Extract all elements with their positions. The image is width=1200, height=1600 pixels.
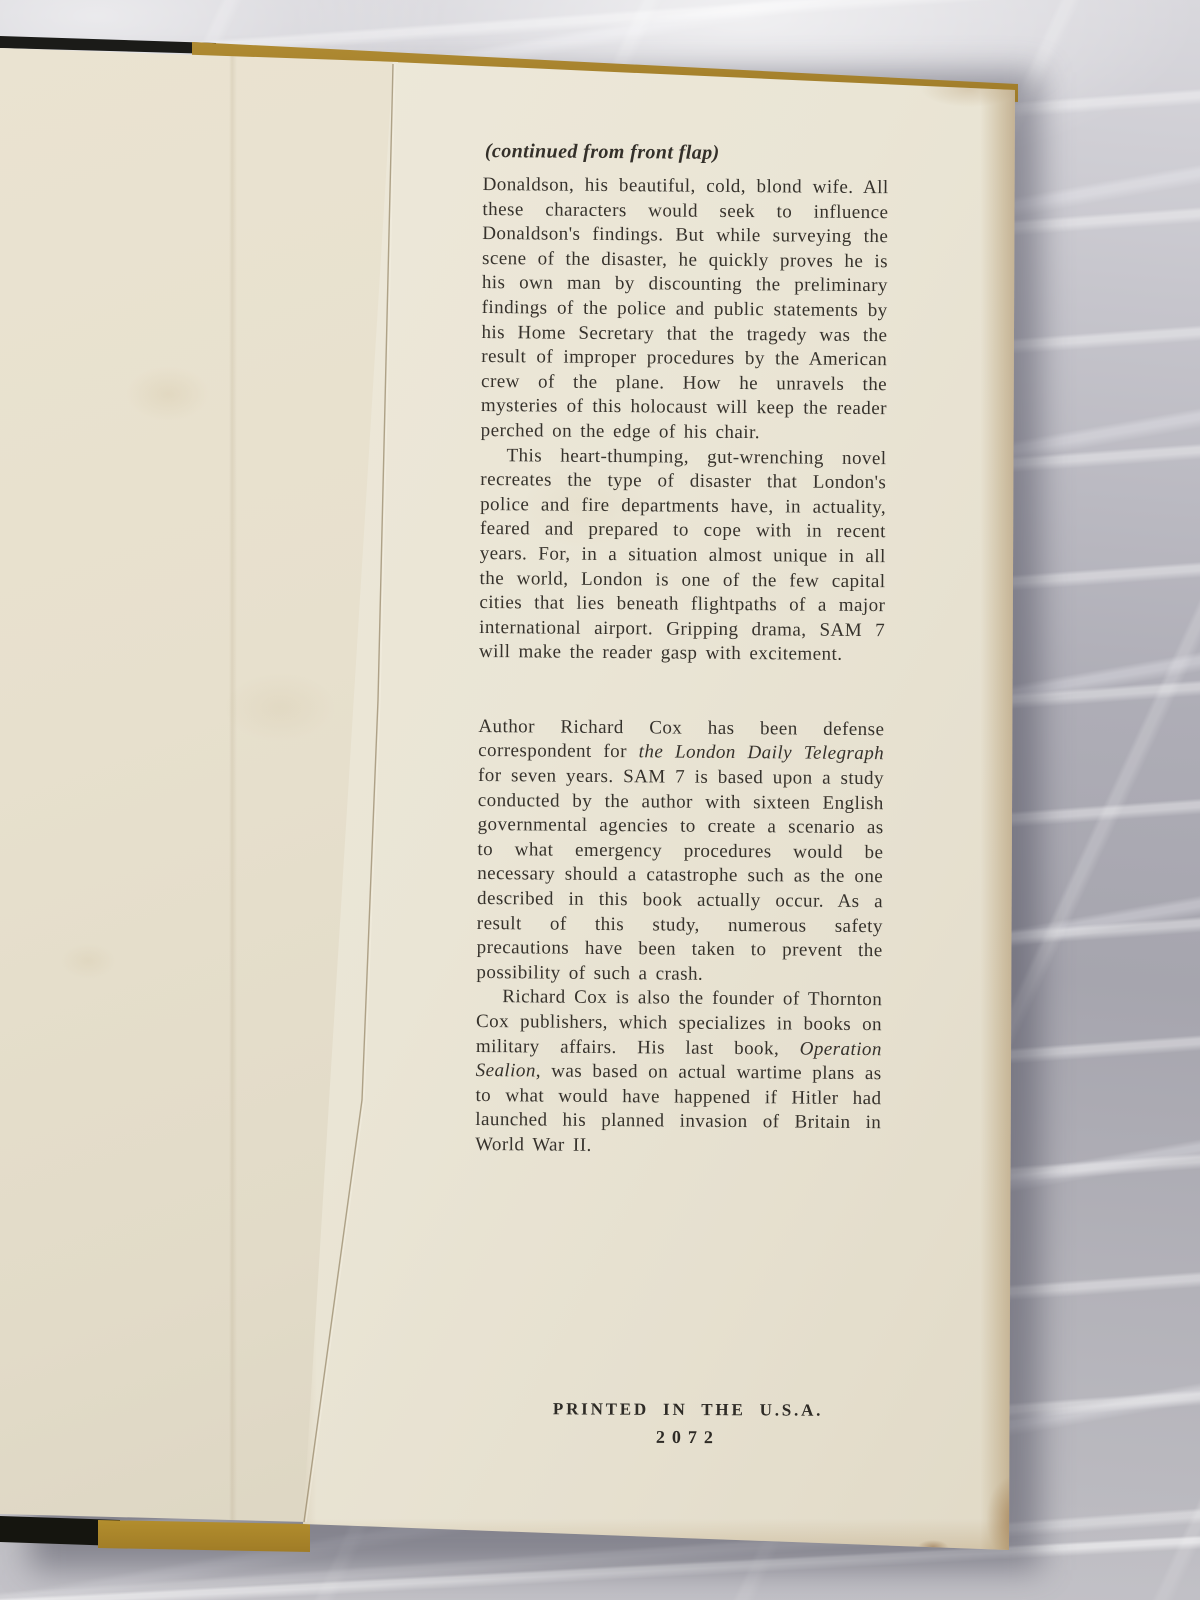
printed-in-usa-text: PRINTED IN THE U.S.A. — [478, 1399, 898, 1421]
flap-footer: PRINTED IN THE U.S.A. 2072 — [478, 1399, 898, 1449]
print-code-number: 2072 — [478, 1426, 898, 1449]
book-photo-scene: (continued from front flap) Donaldson, h… — [0, 0, 1200, 1600]
flap-paragraph: This heart-thumping, gut-wrenching novel… — [479, 444, 887, 669]
flap-author-bio-paragraphs: Author Richard Cox has been defense corr… — [475, 715, 884, 1161]
flap-paragraph: Donaldson, his beautiful, cold, blond wi… — [481, 173, 889, 447]
flap-story-paragraphs: Donaldson, his beautiful, cold, blond wi… — [479, 173, 889, 668]
flap-paragraph: Richard Cox is also the founder of Thorn… — [475, 985, 882, 1160]
flap-paragraph: Author Richard Cox has been defense corr… — [476, 715, 884, 989]
flap-continuation-heading: (continued from front flap) — [485, 140, 889, 166]
flap-text-block: (continued from front flap) Donaldson, h… — [475, 140, 889, 1161]
